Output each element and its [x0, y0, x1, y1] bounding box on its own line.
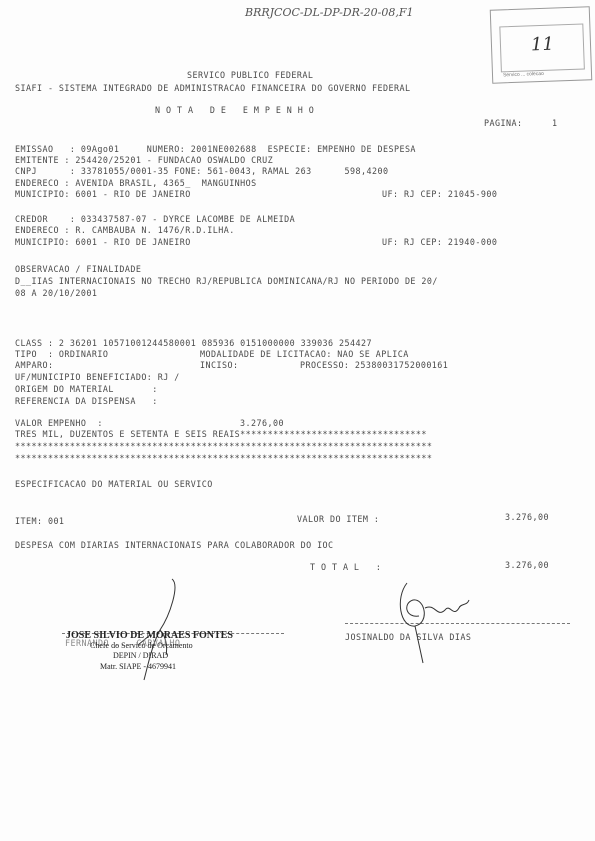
signer-stamp-matricula: Matr. SIAPE - 4679941: [100, 662, 176, 671]
valor-item-label: VALOR DO ITEM :: [297, 514, 379, 524]
signature-right-icon: [395, 578, 475, 668]
especificacao-label: ESPECIFICACAO DO MATERIAL OU SERVICO: [15, 479, 213, 489]
tipo-line: TIPO : ORDINARIO: [15, 349, 108, 359]
signer-stamp-dept: DEPIN / DIRAD: [113, 651, 168, 660]
modalidade-line: MODALIDADE DE LICITACAO: NAO SE APLICA: [200, 349, 409, 359]
credor-line: CREDOR : 033437587-07 - DYRCE LACOMBE DE…: [15, 214, 295, 224]
item-label: ITEM: 001: [15, 516, 64, 526]
signer-stamp-name: JOSE SILVIO DE MORAES FONTES: [66, 630, 233, 641]
valor-empenho-label: VALOR EMPENHO :: [15, 418, 103, 428]
page-number: 1: [552, 118, 558, 128]
processo-line: PROCESSO: 25380031752000161: [300, 360, 448, 370]
emitente-line: EMITENTE : 254420/25201 - FUNDACAO OSWAL…: [15, 155, 273, 165]
page-number-stamp: 11 Servico ... colecao: [490, 6, 593, 83]
endereco-emitente-line: ENDERECO : AVENIDA BRASIL, 4365_ MANGUIN…: [15, 178, 257, 188]
referencia-dispensa: REFERENCIA DA DISPENSA :: [15, 396, 158, 406]
cnpj-line: CNPJ : 33781055/0001-35 FONE: 561-0043, …: [15, 166, 388, 176]
inciso-line: INCISO:: [200, 360, 238, 370]
item-description: DESPESA COM DIARIAS INTERNACIONAIS PARA …: [15, 540, 334, 550]
valor-extenso-line-3: ****************************************…: [15, 453, 432, 463]
observacao-line-1: D__IIAS INTERNACIONAIS NO TRECHO RJ/REPU…: [15, 276, 438, 286]
valor-extenso-line-1: TRES MIL, DUZENTOS E SETENTA E SEIS REAI…: [15, 429, 427, 439]
page-label: PAGINA:: [484, 118, 522, 128]
origem-material: ORIGEM DO MATERIAL :: [15, 384, 158, 394]
handwritten-reference: BRRJCOC-DL-DP-DR-20-08,F1: [245, 6, 413, 19]
endereco-credor-line: ENDERECO : R. CAMBAUBA N. 1476/R.D.ILHA.: [15, 225, 235, 235]
municipio-credor-line: MUNICIPIO: 6001 - RIO DE JANEIRO: [15, 237, 191, 247]
stamp-box: 11: [499, 24, 585, 73]
signer-stamp-role: Chefe do Servico de Orcamento: [90, 641, 193, 650]
valor-empenho-amount: 3.276,00: [240, 418, 284, 428]
document-title: N O T A D E E M P E N H O: [155, 105, 314, 115]
signer-right-name: JOSINALDO DA SILVA DIAS: [345, 632, 471, 642]
valor-item-amount: 3.276,00: [505, 512, 549, 522]
total-amount: 3.276,00: [505, 560, 549, 570]
municipio-emitente-line: MUNICIPIO: 6001 - RIO DE JANEIRO: [15, 189, 191, 199]
total-label: T O T A L :: [310, 562, 381, 572]
observacao-label: OBSERVACAO / FINALIDADE: [15, 264, 141, 274]
stamp-number: 11: [531, 34, 555, 56]
emissao-line: EMISSAO : 09Ago01 NUMERO: 2001NE002688 E…: [15, 144, 416, 154]
amparo-line: AMPARO:: [15, 360, 53, 370]
header-service: SERVICO PUBLICO FEDERAL: [187, 70, 313, 80]
header-siafi: SIAFI - SISTEMA INTEGRADO DE ADMINISTRAC…: [15, 83, 410, 93]
uf-municipio-beneficiado: UF/MUNICIPIO BENEFICIADO: RJ /: [15, 372, 180, 382]
stamp-label: Servico ... colecao: [503, 71, 544, 78]
valor-extenso-line-2: ****************************************…: [15, 441, 432, 451]
class-line: CLASS : 2 36201 10571001244580001 085936…: [15, 338, 372, 348]
observacao-line-2: 08 A 20/10/2001: [15, 288, 97, 298]
uf-cep-credor: UF: RJ CEP: 21940-000: [382, 237, 497, 247]
uf-cep-emitente: UF: RJ CEP: 21045-900: [382, 189, 497, 199]
